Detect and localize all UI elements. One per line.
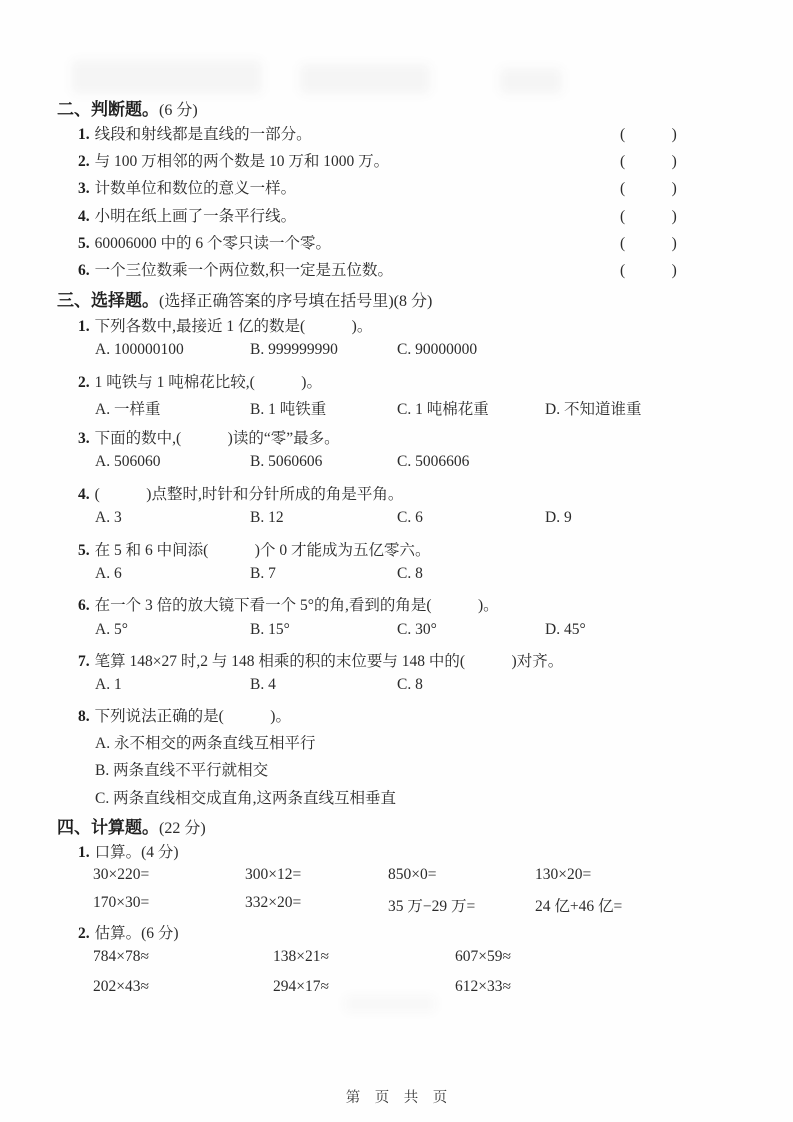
judgment-item: 2.与 100 万相邻的两个数是 10 万和 1000 万。 [78,149,389,171]
option-a: A. 6 [95,565,122,583]
judgment-item-text: 线段和射线都是直线的一部分。 [95,126,312,143]
question-text: ( )点整时,时针和分针所成的角是平角。 [95,486,404,503]
question-number: 8. [78,708,90,725]
option-a: A. 永不相交的两条直线互相平行 [95,731,315,753]
judgment-item: 3.计数单位和数位的意义一样。 [78,176,296,198]
calc-section-header: 四、计算题。(22 分) [57,813,206,838]
scan-ghosting-artifact [345,996,435,1012]
estimate-problem: 612×33≈ [455,978,511,996]
judgment-item: 4.小明在纸上画了一条平行线。 [78,204,296,226]
estimate-problem: 607×59≈ [455,948,511,966]
judgment-item: 6.一个三位数乘一个两位数,积一定是五位数。 [78,258,393,280]
judgment-answer-bracket: ( ) [620,258,677,280]
judgment-item: 5.60006000 中的 6 个零只读一个零。 [78,231,331,253]
question-text: 在一个 3 倍的放大镜下看一个 5°的角,看到的角是( )。 [95,597,499,614]
question-text: 下列说法正确的是( )。 [95,708,291,725]
option-a: A. 100000100 [95,341,184,359]
option-a: A. 一样重 [95,397,160,419]
choice-section-header: 三、选择题。(选择正确答案的序号填在括号里)(8 分) [57,286,432,311]
judgment-answer-bracket: ( ) [620,176,677,198]
option-a: A. 1 [95,676,122,694]
estimate-problem: 294×17≈ [273,978,329,996]
option-c: C. 8 [397,676,423,694]
oral-problem: 170×30= [93,894,149,912]
estimate-calc-subheader: 2.估算。(6 分) [78,921,179,943]
judgment-section-title: 二、判断题。 [57,100,159,119]
judgment-item-number: 6. [78,262,90,279]
choice-question: 1.下列各数中,最接近 1 亿的数是( )。 [78,314,372,336]
choice-question: 3.下面的数中,( )读的“零”最多。 [78,426,340,448]
calc-section-title: 四、计算题。 [57,818,159,837]
choice-question: 8.下列说法正确的是( )。 [78,704,291,726]
choice-question: 4.( )点整时,时针和分针所成的角是平角。 [78,482,403,504]
scan-ghosting-artifact [72,60,262,94]
oral-problem: 300×12= [245,866,301,884]
choice-section-title: 三、选择题。 [57,291,159,310]
option-c: C. 6 [397,509,423,527]
option-a: A. 5° [95,621,128,639]
subsection-number: 1. [78,844,90,861]
exam-paper-page: 二、判断题。(6 分) 1.线段和射线都是直线的一部分。 ( ) 2.与 100… [0,0,793,1122]
judgment-item: 1.线段和射线都是直线的一部分。 [78,122,312,144]
scan-ghosting-artifact [500,68,562,94]
judgment-section-points: (6 分) [159,102,198,119]
option-d: D. 45° [545,621,586,639]
calc-section-points: (22 分) [159,820,206,837]
option-b: B. 两条直线不平行就相交 [95,758,268,780]
option-c: C. 90000000 [397,341,477,359]
option-b: B. 15° [250,621,290,639]
question-number: 3. [78,430,90,447]
judgment-item-number: 2. [78,153,90,170]
choice-question: 7.笔算 148×27 时,2 与 148 相乘的积的末位要与 148 中的( … [78,649,563,671]
option-a: A. 506060 [95,453,160,471]
option-a: A. 3 [95,509,122,527]
question-text: 下列各数中,最接近 1 亿的数是( )。 [95,318,373,335]
judgment-answer-bracket: ( ) [620,231,677,253]
question-text: 下面的数中,( )读的“零”最多。 [95,430,340,447]
scan-ghosting-artifact [300,64,430,94]
option-b: B. 1 吨铁重 [250,397,326,419]
subsection-label: 口算。(4 分) [95,844,179,861]
oral-problem: 24 亿+46 亿= [535,894,622,916]
judgment-answer-bracket: ( ) [620,204,677,226]
option-c: C. 1 吨棉花重 [397,397,489,419]
option-b: B. 4 [250,676,276,694]
judgment-item-text: 计数单位和数位的意义一样。 [95,180,297,197]
choice-question: 2.1 吨铁与 1 吨棉花比较,( )。 [78,370,322,392]
estimate-problem: 784×78≈ [93,948,149,966]
judgment-item-number: 1. [78,126,90,143]
option-b: B. 7 [250,565,276,583]
estimate-problem: 202×43≈ [93,978,149,996]
option-b: B. 12 [250,509,284,527]
choice-question: 5.在 5 和 6 中间添( )个 0 才能成为五亿零六。 [78,538,430,560]
question-number: 5. [78,542,90,559]
judgment-item-text: 60006000 中的 6 个零只读一个零。 [95,235,331,252]
question-number: 2. [78,374,90,391]
subsection-label: 估算。(6 分) [95,925,179,942]
question-text: 1 吨铁与 1 吨棉花比较,( )。 [95,374,322,391]
option-b: B. 999999990 [250,341,338,359]
judgment-item-text: 小明在纸上画了一条平行线。 [95,208,297,225]
question-number: 1. [78,318,90,335]
option-b: B. 5060606 [250,453,322,471]
oral-problem: 130×20= [535,866,591,884]
judgment-section-header: 二、判断题。(6 分) [57,95,198,120]
oral-problem: 35 万−29 万= [388,894,475,916]
judgment-answer-bracket: ( ) [620,149,677,171]
option-c: C. 8 [397,565,423,583]
oral-calc-subheader: 1.口算。(4 分) [78,840,179,862]
question-number: 7. [78,653,90,670]
option-c: C. 两条直线相交成直角,这两条直线互相垂直 [95,786,396,808]
question-number: 6. [78,597,90,614]
choice-question: 6.在一个 3 倍的放大镜下看一个 5°的角,看到的角是( )。 [78,593,499,615]
judgment-item-number: 3. [78,180,90,197]
question-text: 在 5 和 6 中间添( )个 0 才能成为五亿零六。 [95,542,431,559]
option-c: C. 30° [397,621,437,639]
option-d: D. 9 [545,509,572,527]
judgment-item-text: 一个三位数乘一个两位数,积一定是五位数。 [95,262,393,279]
option-d: D. 不知道谁重 [545,397,641,419]
judgment-item-text: 与 100 万相邻的两个数是 10 万和 1000 万。 [95,153,390,170]
oral-problem: 332×20= [245,894,301,912]
judgment-answer-bracket: ( ) [620,122,677,144]
judgment-item-number: 4. [78,208,90,225]
subsection-number: 2. [78,925,90,942]
judgment-item-number: 5. [78,235,90,252]
option-c: C. 5006606 [397,453,469,471]
choice-section-subtitle: (选择正确答案的序号填在括号里)(8 分) [159,293,432,310]
oral-problem: 30×220= [93,866,149,884]
oral-problem: 850×0= [388,866,436,884]
page-footer: 第 页 共 页 [0,1086,793,1107]
question-text: 笔算 148×27 时,2 与 148 相乘的积的末位要与 148 中的( )对… [95,653,564,670]
question-number: 4. [78,486,90,503]
estimate-problem: 138×21≈ [273,948,329,966]
